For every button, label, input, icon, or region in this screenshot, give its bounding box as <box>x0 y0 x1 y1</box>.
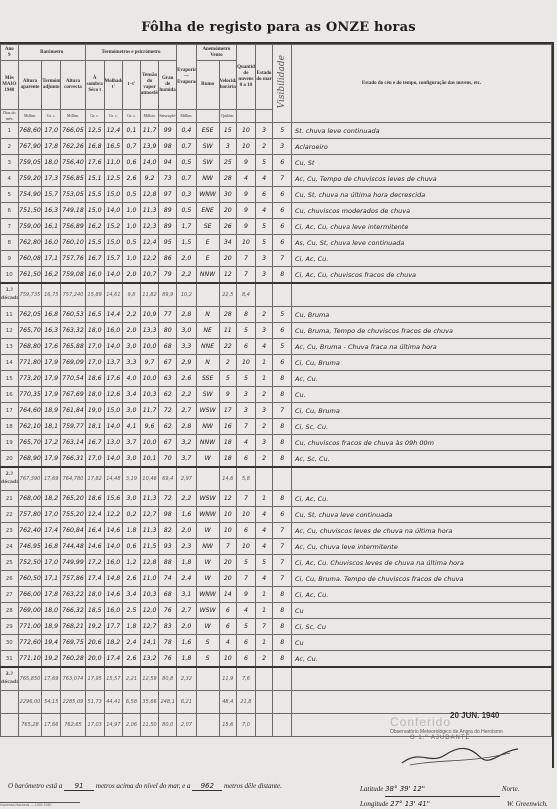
cell-dry: 15,5 <box>85 187 104 203</box>
barometer-note: O barómetro está a 91 metros acima do ní… <box>8 782 282 791</box>
cell-wet: 16,0 <box>104 323 123 339</box>
cell-evap: 1,7 <box>177 219 197 235</box>
cell-evap: 2,4 <box>177 571 197 587</box>
cell-day: 2.ª década <box>1 467 19 491</box>
cell-vap: 10,1 <box>140 451 159 468</box>
cell-speed: 34 <box>219 235 237 251</box>
cell-day: 23 <box>1 523 19 539</box>
cell-dry: 17,6 <box>85 155 104 171</box>
cell-diff: 1,8 <box>123 619 141 635</box>
cell-sky: Ac, Sc, Cu. <box>291 451 551 468</box>
cell-bar-app: 768,60 <box>18 123 42 139</box>
cell-vis: 7 <box>273 571 292 587</box>
cell-vap: 11,3 <box>140 523 159 539</box>
cell-sky: Ci, Ac, Cu. Chuviscos leves de chuva na … <box>291 555 551 571</box>
table-row: 14771,8017,9769,0917,013,73,39,7672,9N21… <box>1 355 552 371</box>
cell-vis: 8 <box>273 267 292 284</box>
cell-vap: 12,8 <box>140 187 159 203</box>
cell-sky: Cu <box>291 603 551 619</box>
cell-sky: Ac, Cu, chuviscos leves de chuva na últi… <box>291 523 551 539</box>
cell-wet: 14,48 <box>104 467 123 491</box>
table-row: 27766,0017,8763,2218,014,63,410,3683,1WN… <box>1 587 552 603</box>
unit-label: Quilóm. <box>219 110 237 123</box>
cell-dir: SSE <box>196 371 219 387</box>
cell-bar-t: 17,9 <box>42 451 61 468</box>
cell-dir: W <box>196 523 219 539</box>
cell-diff: 3,0 <box>123 491 141 507</box>
cell-vis: 3 <box>273 139 292 155</box>
cell-vis <box>273 283 292 307</box>
cell-day: 1.ª década <box>1 283 19 307</box>
cell-day: 31 <box>1 651 19 668</box>
cell-sky: Ac, Cu, Bruma - Chuva fraca na última ho… <box>291 339 551 355</box>
cell-evap: 1,6 <box>177 635 197 651</box>
cell-bar-corr: 744,48 <box>61 539 86 555</box>
unit-label: Gr. c. <box>123 110 141 123</box>
cell-bar-t: 17,9 <box>42 355 61 371</box>
cell-hum: 72 <box>159 491 177 507</box>
cell-clouds: 9 <box>237 203 256 219</box>
table-row: 2767,9017,8762,2616,816,50,713,9980,7SW3… <box>1 139 552 155</box>
cell-diff: 1,8 <box>123 523 141 539</box>
cell-bar-app: 754,90 <box>18 187 42 203</box>
cell-speed: 6 <box>219 603 237 619</box>
cell-vap: 11,0 <box>140 571 159 587</box>
cell-diff: 1,0 <box>123 219 141 235</box>
cell-wet: 13,7 <box>104 355 123 371</box>
cell-vis: 6 <box>273 235 292 251</box>
cell-speed: 18 <box>219 435 237 451</box>
cell-clouds: 7,6 <box>237 667 256 691</box>
cell-bar-app: 765,70 <box>18 323 42 339</box>
cell-vap: 12,8 <box>140 555 159 571</box>
cell-dry: 16,7 <box>85 435 104 451</box>
cell-vap: 12,0 <box>140 603 159 619</box>
cell-dir: W <box>196 555 219 571</box>
cell-day: 25 <box>1 555 19 571</box>
cell-wet: 14,0 <box>104 339 123 355</box>
cell-bar-t: 18,0 <box>42 603 61 619</box>
cell-bar-t: 17,66 <box>42 714 61 737</box>
cell-vap: 12,4 <box>140 235 159 251</box>
cell-bar-corr: 756,40 <box>61 155 86 171</box>
cell-day: 30 <box>1 635 19 651</box>
cell-dry: 20,0 <box>85 651 104 668</box>
cell-bar-corr: 756,89 <box>61 219 86 235</box>
cell-bar-t: 18,0 <box>42 155 61 171</box>
cell-bar-t: 17,0 <box>42 123 61 139</box>
cell-speed: 11,9 <box>219 667 237 691</box>
cell-hum: 68 <box>159 587 177 603</box>
table-row: 7759,0016,1756,8916,215,21,012,3891,7SE2… <box>1 219 552 235</box>
cell-vap: 12,2 <box>140 251 159 267</box>
cell-bar-t: 17,69 <box>42 667 61 691</box>
cell-diff: 0,6 <box>123 539 141 555</box>
cell-vap: 10,3 <box>140 387 159 403</box>
cell-hum: 83 <box>159 619 177 635</box>
cell-hum: 70 <box>159 451 177 468</box>
cell-diff: 2,5 <box>123 603 141 619</box>
cell-sky: Ci, Ac, Cu, chuva leve intermitente <box>291 219 551 235</box>
cell-bar-t: 19,4 <box>42 635 61 651</box>
cell-sea: 2 <box>255 419 273 435</box>
cell-speed: 10 <box>219 523 237 539</box>
cell-hum: 74 <box>159 571 177 587</box>
cell-sky: Ci, Cu, Bruma. Tempo de chuviscos fracos… <box>291 571 551 587</box>
cell-diff: 3,3 <box>123 355 141 371</box>
cell-vis: 8 <box>273 635 292 651</box>
cell-sea: 5 <box>255 155 273 171</box>
cell-evap: 6,21 <box>177 691 197 714</box>
cell-speed: 17 <box>219 403 237 419</box>
cell-wet: 15,0 <box>104 403 123 419</box>
cell-day: 1 <box>1 123 19 139</box>
cell-bar-corr: 765,20 <box>61 491 86 507</box>
cell-wet: 15,0 <box>104 235 123 251</box>
cell-dry: 17,0 <box>85 355 104 371</box>
table-row: 8762,8016,0760,1015,515,00,512,4951,5E34… <box>1 235 552 251</box>
table-row: 28769,0018,0766,3218,516,02,512,0762,7WS… <box>1 603 552 619</box>
cell-evap: 0,7 <box>177 171 197 187</box>
cell-sky: St. chuva leve continuada <box>291 123 551 139</box>
cell-hum: 78 <box>159 635 177 651</box>
cell-speed: 20 <box>219 571 237 587</box>
cell-speed: 48,4 <box>219 691 237 714</box>
cell-hum: 76 <box>159 651 177 668</box>
cell-hum: 82 <box>159 523 177 539</box>
stamp-date: 20 JUN. 1940 <box>450 711 499 720</box>
cell-bar-t: 16,3 <box>42 203 61 219</box>
cell-diff: 2,4 <box>123 635 141 651</box>
cell-vis: 5 <box>273 339 292 355</box>
cell-bar-app: 765,850 <box>18 667 42 691</box>
unit-label <box>237 110 256 123</box>
cell-clouds: 8 <box>237 307 256 323</box>
cell-bar-app: 757,80 <box>18 507 42 523</box>
cell-speed: 22,5 <box>219 283 237 307</box>
cell-vis: 7 <box>273 403 292 419</box>
cell-bar-app: 764,60 <box>18 403 42 419</box>
bar-corrected-header: Altura correcta <box>61 61 86 110</box>
cell-dir: W <box>196 619 219 635</box>
cell-clouds: 7 <box>237 419 256 435</box>
unit-label: Saturação=100 <box>159 110 177 123</box>
cell-bar-app: 770,35 <box>18 387 42 403</box>
cell-day: 15 <box>1 371 19 387</box>
longitude-line: Longitude 27° 13' 41" W. Greenwich. <box>360 797 548 809</box>
cell-clouds: 6 <box>237 523 256 539</box>
cell-dir: NW <box>196 539 219 555</box>
cell-wet: 14,6 <box>104 523 123 539</box>
cell-bar-app: 762,80 <box>18 235 42 251</box>
cell-dir: SW <box>196 139 219 155</box>
cell-bar-t: 17,0 <box>42 507 61 523</box>
cell-bar-corr: 759,08 <box>61 267 86 284</box>
cell-diff: 3,7 <box>123 435 141 451</box>
cell-diff: 4,1 <box>123 419 141 435</box>
cell-sea: 4 <box>255 203 273 219</box>
cell-vap: 9,6 <box>140 419 159 435</box>
cell-wet: 12,5 <box>104 171 123 187</box>
cell-sea: 2 <box>255 387 273 403</box>
cell-vap: 12,7 <box>140 619 159 635</box>
cell-sky: Ci, Cu, Bruma <box>291 355 551 371</box>
cell-vis: 8 <box>273 419 292 435</box>
register-rows: 1768,6017,0766,0512,512,40,111,7990,4ESE… <box>1 123 552 737</box>
cell-evap: 1,8 <box>177 555 197 571</box>
cell-bar-app: 751,50 <box>18 203 42 219</box>
cell-hum: 68 <box>159 339 177 355</box>
cell-clouds: 4 <box>237 171 256 187</box>
cell-day: 12 <box>1 323 19 339</box>
diff-header: t−t' <box>123 61 141 110</box>
cell-hum: 97 <box>159 187 177 203</box>
cell-sea: 4 <box>255 523 273 539</box>
cell-dry: 17,0 <box>85 339 104 355</box>
cell-speed: 12 <box>219 267 237 284</box>
cell-speed: 28 <box>219 307 237 323</box>
cell-wet: 14,0 <box>104 419 123 435</box>
cell-wet: 16,0 <box>104 555 123 571</box>
cell-wet: 14,61 <box>104 283 123 307</box>
cell-clouds: 5 <box>237 371 256 387</box>
cell-speed: 11 <box>219 323 237 339</box>
cell-evap: 2,2 <box>177 491 197 507</box>
cell-bar-corr: 762,65 <box>61 714 86 737</box>
cell-bar-corr: 764,780 <box>61 467 86 491</box>
cell-sky: Ci, Sc, Cu. <box>291 419 551 435</box>
cell-speed: 6 <box>219 619 237 635</box>
cell-wet: 12,6 <box>104 387 123 403</box>
cell-diff: 9,8 <box>123 283 141 307</box>
cell-day: 8 <box>1 235 19 251</box>
cell-hum: 67 <box>159 435 177 451</box>
cell-clouds: 4 <box>237 603 256 619</box>
table-row: 23762,4017,4760,8416,414,61,811,3822,0W1… <box>1 523 552 539</box>
cell-bar-corr: 765,88 <box>61 339 86 355</box>
cell-bar-t: 17,8 <box>42 139 61 155</box>
stamp-rank: O 1.º AJUDANTE <box>410 735 503 741</box>
register-table-container: Ano9 Barómetro Termómetros e psicrómetro… <box>0 42 554 768</box>
cell-vap: 12,7 <box>140 507 159 523</box>
cell-day: 17 <box>1 403 19 419</box>
wet-header: Molhado t' <box>104 61 123 110</box>
cell-vis: 7 <box>273 539 292 555</box>
cell-hum: 80,0 <box>159 714 177 737</box>
cell-bar-corr: 766,31 <box>61 451 86 468</box>
table-row: 12765,7016,3763,3218,016,02,013,3803,0NE… <box>1 323 552 339</box>
cell-wet: 17,6 <box>104 371 123 387</box>
cell-diff: 2,0 <box>123 267 141 284</box>
cell-bar-t: 16,2 <box>42 267 61 284</box>
cell-dry: 19,0 <box>85 403 104 419</box>
cell-dir: S <box>196 635 219 651</box>
cell-vis: 8 <box>273 387 292 403</box>
cell-bar-t: 17,1 <box>42 571 61 587</box>
cell-bar-app: 752,50 <box>18 555 42 571</box>
cell-sea: 3 <box>255 323 273 339</box>
cell-vis: 6 <box>273 155 292 171</box>
table-row: 16770,3517,9767,6918,012,63,410,3622,2SW… <box>1 387 552 403</box>
table-row: 25752,5017,0749,9917,216,01,212,8881,8W2… <box>1 555 552 571</box>
cell-diff: 1,0 <box>123 203 141 219</box>
cell-hum: 67 <box>159 355 177 371</box>
cell-dir: NNE <box>196 339 219 355</box>
cell-dry: 18,0 <box>85 587 104 603</box>
longitude-value: 27° 13' 41" <box>390 797 505 809</box>
cell-vap: 10,0 <box>140 435 159 451</box>
cell-day: 11 <box>1 307 19 323</box>
register-table: Ano9 Barómetro Termómetros e psicrómetro… <box>0 44 552 737</box>
cell-evap: 2,97 <box>177 467 197 491</box>
cell-day: 10 <box>1 267 19 284</box>
cell-dry: 16,0 <box>85 267 104 284</box>
sea-header: Estado do mar <box>255 45 273 110</box>
cell-sky: Ac, Cu, chuva leve intermitente <box>291 539 551 555</box>
cell-speed: 14,6 <box>219 467 237 491</box>
cell-diff: 6,58 <box>123 691 141 714</box>
cell-wet: 16,5 <box>104 139 123 155</box>
cell-sky: Cu, St, chuva na última hora decrescida <box>291 187 551 203</box>
cell-bar-corr: 763,074 <box>61 667 86 691</box>
cell-dry: 15,5 <box>85 235 104 251</box>
cell-vis: 8 <box>273 451 292 468</box>
cell-vis: 6 <box>273 323 292 339</box>
cell-sea: 7 <box>255 619 273 635</box>
cell-vap: 11,82 <box>140 283 159 307</box>
cell-wet: 44,41 <box>104 691 123 714</box>
cell-sea: 4 <box>255 507 273 523</box>
signature <box>400 745 520 767</box>
cell-vap: 35,66 <box>140 691 159 714</box>
cell-vis <box>273 667 292 691</box>
cell-sky <box>291 667 551 691</box>
cell-sky <box>291 467 551 491</box>
cell-vis: 8 <box>273 371 292 387</box>
cell-evap: 1,8 <box>177 651 197 668</box>
cell-diff: 0,7 <box>123 139 141 155</box>
cell-day <box>1 714 19 737</box>
cell-sky: Ci, Ac, Cu. <box>291 491 551 507</box>
table-row: 13768,8017,6765,8817,014,03,010,0683,3NN… <box>1 339 552 355</box>
cell-evap: 2,2 <box>177 387 197 403</box>
cell-diff: 2,21 <box>123 667 141 691</box>
cell-sea: 1 <box>255 635 273 651</box>
cell-clouds: 10 <box>237 123 256 139</box>
cell-dir: NNW <box>196 267 219 284</box>
cell-day: 5 <box>1 187 19 203</box>
cell-bar-t: 18,1 <box>42 419 61 435</box>
cell-clouds: 5 <box>237 555 256 571</box>
cell-bar-app: 765,28 <box>18 714 42 737</box>
cell-day: 4 <box>1 171 19 187</box>
cell-evap: 2,7 <box>177 403 197 419</box>
cell-dir: WNW <box>196 587 219 603</box>
cell-vap: 10,46 <box>140 467 159 491</box>
cell-dir: S <box>196 651 219 668</box>
cell-hum: 62 <box>159 419 177 435</box>
cell-bar-t: 17,4 <box>42 523 61 539</box>
cell-speed: 10 <box>219 507 237 523</box>
bar-thermo-header: Termómetro adjunto <box>42 61 61 110</box>
cell-wet: 14,8 <box>104 571 123 587</box>
cell-day: 6 <box>1 203 19 219</box>
cell-bar-corr: 769,75 <box>61 635 86 651</box>
cell-diff: 2,0 <box>123 323 141 339</box>
cell-bar-t: 16,8 <box>42 539 61 555</box>
cell-clouds: 5 <box>237 619 256 635</box>
cell-clouds: 9 <box>237 219 256 235</box>
cell-sky: Ci, Cu, Bruma <box>291 403 551 419</box>
cell-evap: 2,2 <box>177 267 197 284</box>
cell-diff: 4,0 <box>123 371 141 387</box>
cell-dir <box>196 714 219 737</box>
coordinates: Latitude 38° 39' 12" Norte. Longitude 27… <box>360 782 548 809</box>
cell-speed: 25 <box>219 155 237 171</box>
cell-wet: 13,0 <box>104 435 123 451</box>
cell-sea: 3 <box>255 123 273 139</box>
cell-bar-t: 15,7 <box>42 187 61 203</box>
cell-dry: 16,7 <box>85 251 104 267</box>
unit-label: Millim. <box>140 110 159 123</box>
cell-dry: 15,1 <box>85 171 104 187</box>
cell-clouds: 7,0 <box>237 714 256 737</box>
cell-diff: 1,0 <box>123 251 141 267</box>
cell-evap: 0,4 <box>177 123 197 139</box>
cell-sky: Ac, Cu, Tempo de chuviscos leves de chuv… <box>291 171 551 187</box>
cell-bar-corr: 753,05 <box>61 187 86 203</box>
table-row: 29771,0018,9768,2119,217,71,812,7832,0W6… <box>1 619 552 635</box>
cell-bar-corr: 763,14 <box>61 435 86 451</box>
cell-evap: 3,0 <box>177 323 197 339</box>
cell-sea: 4 <box>255 171 273 187</box>
table-row: 6751,5016,3749,1815,014,01,011,3890,5ENE… <box>1 203 552 219</box>
cell-clouds: 8,4 <box>237 283 256 307</box>
cell-sky: Cu, Bruma <box>291 307 551 323</box>
table-row: 20768,9017,9766,3117,014,03,010,1703,7W1… <box>1 451 552 468</box>
cell-vis: 7 <box>273 171 292 187</box>
cell-dry: 16,8 <box>85 139 104 155</box>
cell-sky: Cu, chuviscos moderados de chuva <box>291 203 551 219</box>
cell-sea: 1 <box>255 603 273 619</box>
cell-vis: 7 <box>273 523 292 539</box>
vapour-header: Tensão do vapor atmosférico <box>140 61 159 110</box>
cell-sea: 4 <box>255 571 273 587</box>
humidity-header: Grau de humidade <box>159 61 177 110</box>
table-row: 24746,9516,8744,4814,614,00,611,5932,3NW… <box>1 539 552 555</box>
cell-bar-t: 17,2 <box>42 435 61 451</box>
unit-label: Gr. c. <box>42 110 61 123</box>
cell-sea: 5 <box>255 555 273 571</box>
cell-speed: 12 <box>219 491 237 507</box>
cell-day: 9 <box>1 251 19 267</box>
year-header: Ano9 <box>1 45 19 61</box>
cell-clouds: 6 <box>237 451 256 468</box>
cell-dir: SW <box>196 387 219 403</box>
cell-sky: Cu, St <box>291 155 551 171</box>
cell-dry: 15,89 <box>85 283 104 307</box>
cell-bar-corr: 763,32 <box>61 323 86 339</box>
cell-evap: 2,8 <box>177 419 197 435</box>
cell-dir: W <box>196 571 219 587</box>
table-row: 30772,6019,4769,7520,618,22,414,1781,6S4… <box>1 635 552 651</box>
cell-dir: WSW <box>196 491 219 507</box>
cell-wet: 17,4 <box>104 651 123 668</box>
table-row: 4759,2017,3756,8515,112,52,69,2730,7NW28… <box>1 171 552 187</box>
cell-vis: 5 <box>273 307 292 323</box>
cell-wet: 14,0 <box>104 451 123 468</box>
cell-vap: 10,0 <box>140 371 159 387</box>
